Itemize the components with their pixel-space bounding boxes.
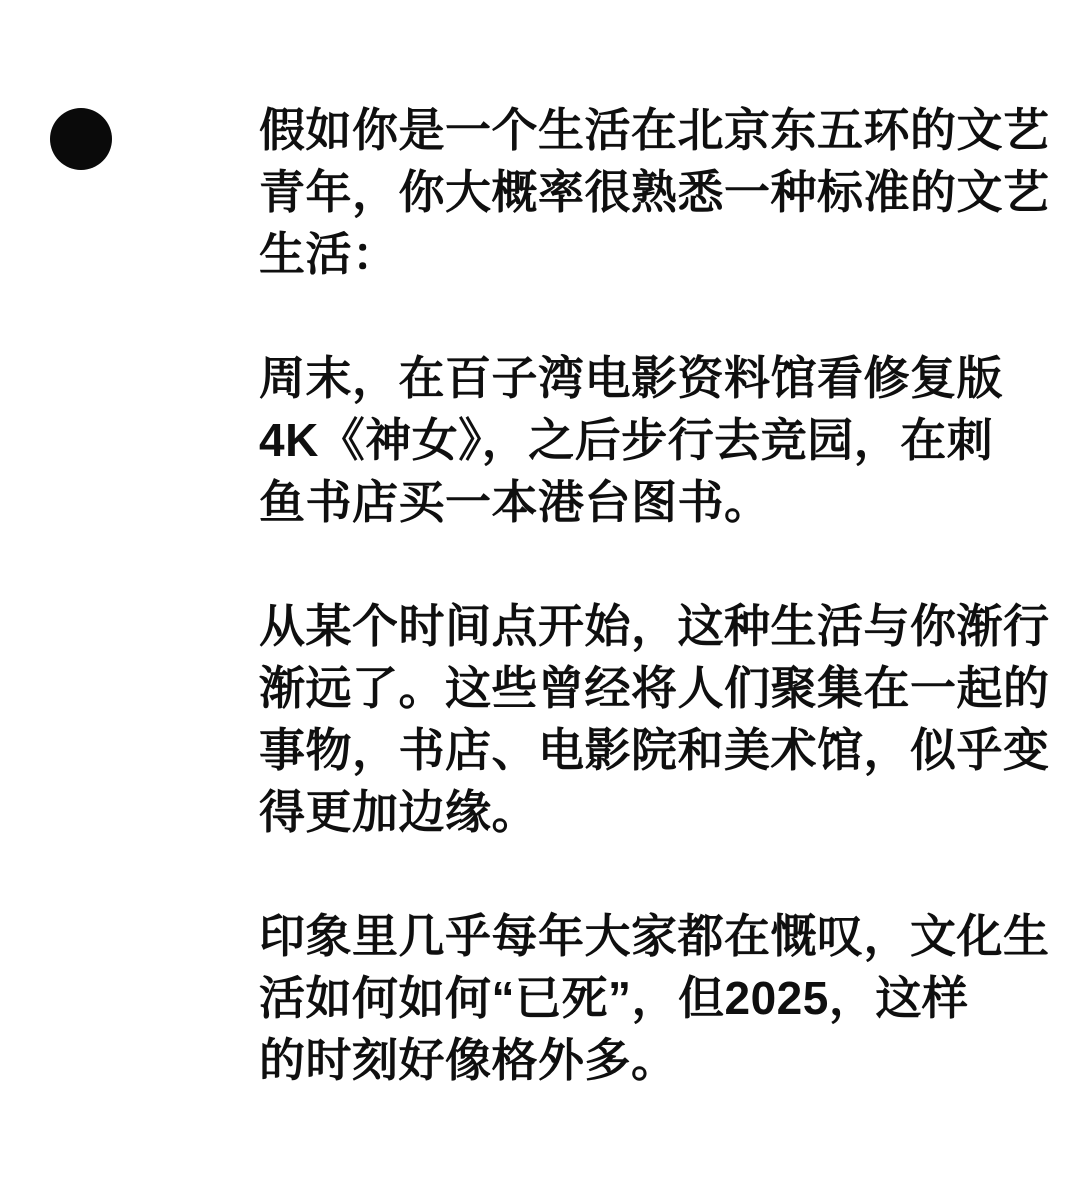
text-line: 活如何如何“已死”，但2025，这样: [259, 967, 1079, 1029]
text-line: 生活：: [259, 223, 1079, 285]
paragraph-weekend: 周末，在百子湾电影资料馆看修复版 4K《神女》，之后步行去竞园，在刺 鱼书店买一…: [259, 347, 1079, 533]
text-line: 4K《神女》，之后步行去竞园，在刺: [259, 409, 1079, 471]
text-line: 的时刻好像格外多。: [259, 1029, 1079, 1091]
text-line: 事物，书店、电影院和美术馆，似乎变: [259, 719, 1079, 781]
text-line: 印象里几乎每年大家都在慨叹，文化生: [259, 905, 1079, 967]
paragraph-lament: 印象里几乎每年大家都在慨叹，文化生 活如何如何“已死”，但2025，这样 的时刻…: [259, 905, 1079, 1091]
text-line: 鱼书店买一本港台图书。: [259, 471, 1079, 533]
text-line: 周末，在百子湾电影资料馆看修复版: [259, 347, 1079, 409]
text-line: 青年，你大概率很熟悉一种标准的文艺: [259, 161, 1079, 223]
black-circle-bullet-icon: [50, 108, 112, 170]
text-line: 假如你是一个生活在北京东五环的文艺: [259, 99, 1079, 161]
text-line: 得更加边缘。: [259, 781, 1079, 843]
text-line: 渐远了。这些曾经将人们聚集在一起的: [259, 657, 1079, 719]
paragraph-intro: 假如你是一个生活在北京东五环的文艺 青年，你大概率很熟悉一种标准的文艺 生活：: [259, 99, 1079, 285]
article-body: 假如你是一个生活在北京东五环的文艺 青年，你大概率很熟悉一种标准的文艺 生活： …: [259, 99, 1079, 1153]
text-line: 从某个时间点开始，这种生活与你渐行: [259, 595, 1079, 657]
paragraph-drifting-away: 从某个时间点开始，这种生活与你渐行 渐远了。这些曾经将人们聚集在一起的 事物，书…: [259, 595, 1079, 843]
